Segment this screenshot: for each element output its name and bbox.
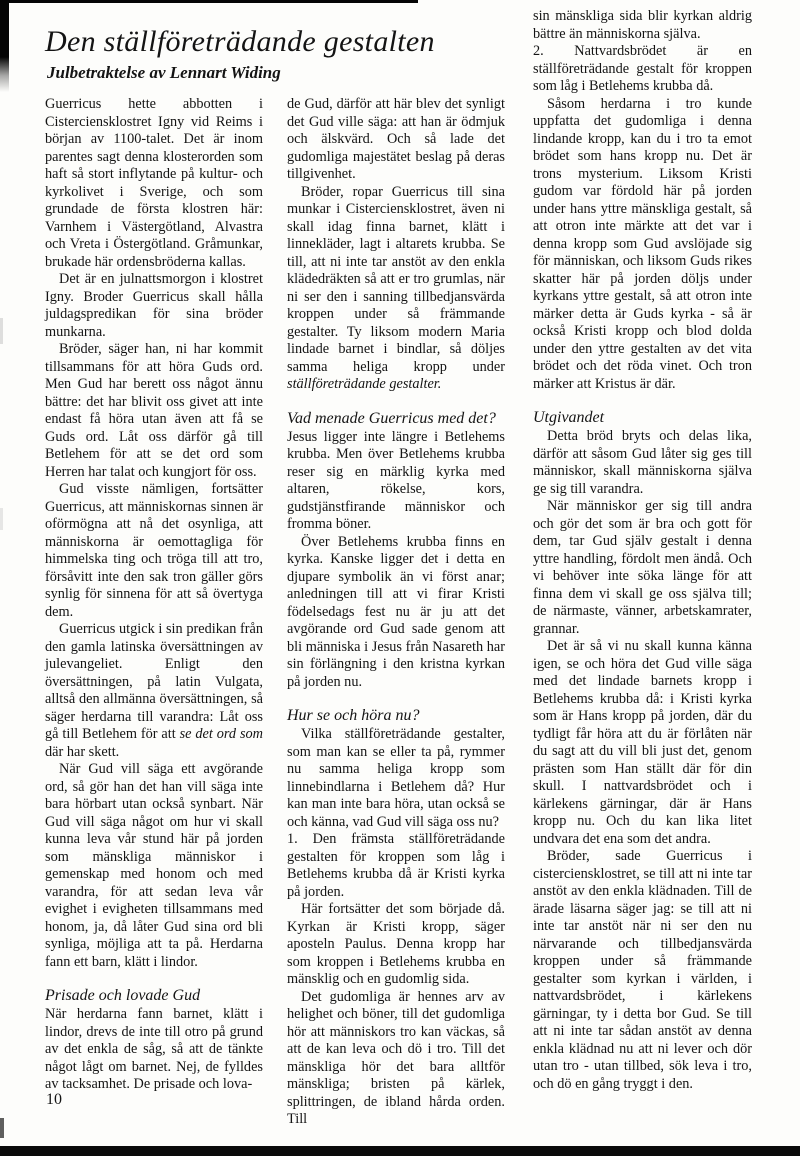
paragraph: sin mänskliga sida blir kyrkan aldrig bä… — [533, 8, 752, 43]
scan-artifact — [0, 508, 3, 530]
body-text: När människor ger sig till andra och gör… — [533, 498, 752, 637]
section-heading: Prisade och lovade Gud — [45, 986, 263, 1005]
paragraph: Jesus ligger inte längre i Betlehems kru… — [287, 429, 505, 534]
section-heading: Vad menade Guerricus med det? — [287, 409, 505, 428]
paragraph: 2. Nattvardsbrödet är en ställföreträdan… — [533, 43, 752, 96]
paragraph: Guerricus utgick i sin predikan från den… — [45, 621, 263, 761]
page-number: 10 — [46, 1090, 62, 1110]
body-text: Såsom herdarna i tro kunde uppfatta det … — [533, 96, 752, 392]
paragraph: Detta bröd bryts och delas lika, därför … — [533, 428, 752, 498]
paragraph: Guerricus hette abbotten i Cistercienskl… — [45, 96, 263, 271]
paragraph: När Gud vill säga ett avgörande ord, så … — [45, 761, 263, 971]
scan-artifact — [0, 318, 3, 344]
body-text: När herdarna fann barnet, klätt i lindor… — [45, 1006, 263, 1092]
text-column-3: sin mänskliga sida blir kyrkan aldrig bä… — [533, 0, 752, 1093]
article-left-block: Den ställföreträdande gestalten Julbetra… — [45, 0, 505, 1129]
body-text: Guerricus utgick i sin predikan från den… — [45, 621, 263, 742]
paragraph: Bröder, sade Guerricus i cisterciensklos… — [533, 848, 752, 1093]
paragraph: Såsom herdarna i tro kunde uppfatta det … — [533, 96, 752, 394]
emphasized-text: se det ord som — [180, 726, 263, 742]
body-text: Över Betlehems krubba finns en kyrka. Ka… — [287, 534, 505, 690]
article-masthead: Den ställföreträdande gestalten Julbetra… — [45, 0, 505, 96]
body-text: Vilka ställföreträdande gestalter, som m… — [287, 726, 505, 830]
body-text: Vad menade Guerricus med det? — [287, 410, 496, 427]
emphasized-text: ställföreträdande gestalter. — [287, 376, 441, 392]
body-text: Utgivandet — [533, 409, 604, 426]
body-text: Bröder, säger han, ni har kommit tillsam… — [45, 341, 263, 480]
scan-edge-bottom-bar — [0, 1146, 800, 1156]
body-text: Hur se och höra nu? — [287, 707, 419, 724]
body-text: Det är en julnattsmorgon i klostret Igny… — [45, 271, 263, 340]
scan-edge-left-rule — [0, 0, 9, 92]
article-subtitle: Julbetraktelse av Lennart Widing — [47, 62, 505, 83]
article-title: Den ställföreträdande gestalten — [45, 24, 505, 60]
paragraph: Det är en julnattsmorgon i klostret Igny… — [45, 271, 263, 341]
body-text: de Gud, därför att här blev det synligt … — [287, 96, 505, 182]
paragraph: Över Betlehems krubba finns en kyrka. Ka… — [287, 534, 505, 692]
text-column-1: Guerricus hette abbotten i Cistercienskl… — [45, 96, 263, 1129]
body-text: där har skett. — [45, 744, 119, 760]
body-text: Jesus ligger inte längre i Betlehems kru… — [287, 429, 505, 533]
paragraph: När herdarna fann barnet, klätt i lindor… — [45, 1006, 263, 1094]
paragraph: de Gud, därför att här blev det synligt … — [287, 96, 505, 184]
body-text: sin mänskliga sida blir kyrkan aldrig bä… — [533, 8, 752, 42]
scan-artifact — [0, 1118, 4, 1138]
paragraph: Det gudomliga är hennes arv av helighet … — [287, 989, 505, 1129]
body-text: Det gudomliga är hennes arv av helighet … — [287, 989, 505, 1128]
body-text: Bröder, sade Guerricus i cisterciensklos… — [533, 848, 752, 1092]
paragraph: Bröder, ropar Guerricus till sina munkar… — [287, 184, 505, 394]
body-text: Här fortsätter det som började då. Kyrka… — [287, 901, 505, 987]
paragraph: Här fortsätter det som började då. Kyrka… — [287, 901, 505, 989]
body-text: Prisade och lovade Gud — [45, 987, 200, 1004]
body-text: 1. Den främsta ställföreträdande gestalt… — [287, 831, 505, 900]
paragraph: Vilka ställföreträdande gestalter, som m… — [287, 726, 505, 831]
text-column-2: de Gud, därför att här blev det synligt … — [287, 96, 505, 1129]
body-text: 2. Nattvardsbrödet är en ställföreträdan… — [533, 43, 752, 94]
section-heading: Hur se och höra nu? — [287, 706, 505, 725]
paragraph: 1. Den främsta ställföreträdande gestalt… — [287, 831, 505, 901]
section-heading: Utgivandet — [533, 408, 752, 427]
paragraph: När människor ger sig till andra och gör… — [533, 498, 752, 638]
body-text: Guerricus hette abbotten i Cistercienskl… — [45, 96, 263, 270]
body-text: Det är så vi nu skall kunna känna igen, … — [533, 638, 752, 847]
scanned-document-page: Den ställföreträdande gestalten Julbetra… — [0, 0, 800, 1156]
paragraph: Det är så vi nu skall kunna känna igen, … — [533, 638, 752, 848]
body-text: När Gud vill säga ett avgörande ord, så … — [45, 761, 263, 970]
body-text: Gud visste nämligen, fortsätter Guerricu… — [45, 481, 263, 620]
article-content: Den ställföreträdande gestalten Julbetra… — [45, 0, 752, 1129]
body-text: Bröder, ropar Guerricus till sina munkar… — [287, 184, 505, 375]
body-text: Detta bröd bryts och delas lika, därför … — [533, 428, 752, 497]
paragraph: Gud visste nämligen, fortsätter Guerricu… — [45, 481, 263, 621]
paragraph: Bröder, säger han, ni har kommit tillsam… — [45, 341, 263, 481]
